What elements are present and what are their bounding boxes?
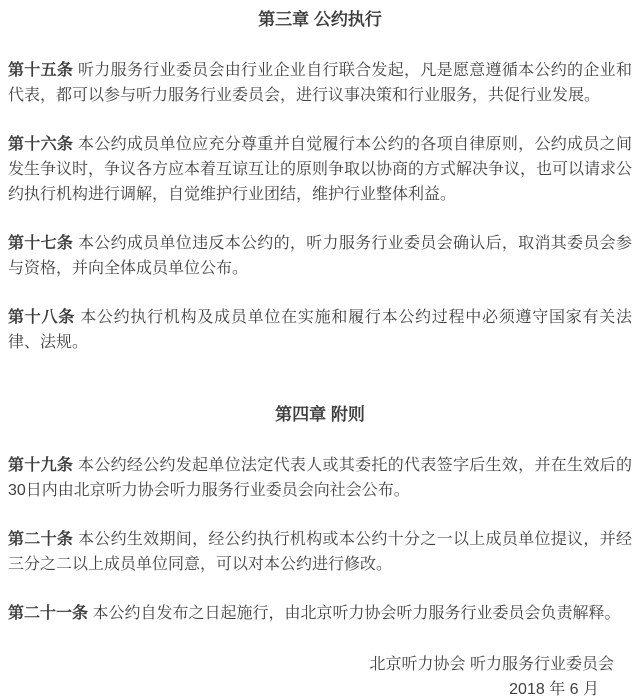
signature-organization: 北京听力协会 听力服务行业委员会 [8, 652, 614, 677]
chapter-3-heading: 第三章 公约执行 [8, 8, 632, 32]
article-15: 第十五条 听力服务行业委员会由行业企业自行联合发起，凡是愿意遵循本公约的企业和代… [8, 58, 632, 108]
document-body: 第三章 公约执行 第十五条 听力服务行业委员会由行业企业自行联合发起，凡是愿意遵… [0, 0, 640, 696]
chapter-4-heading: 第四章 附则 [8, 403, 632, 427]
article-19-text: 本公约经公约发起单位法定代表人或其委托的代表签字后生效，并在生效后的30日内由北… [8, 457, 632, 499]
signature-block: 北京听力协会 听力服务行业委员会 2018 年 6 月 [8, 652, 632, 696]
article-20: 第二十条 本公约生效期间，经公约执行机构或本公约十分之一以上成员单位提议，并经三… [8, 527, 632, 577]
article-19-label: 第十九条 [8, 457, 73, 474]
article-21-text: 本公约自发布之日起施行，由北京听力协会听力服务行业委员会负责解释。 [92, 605, 620, 622]
article-17-label: 第十七条 [8, 235, 73, 252]
article-15-text: 听力服务行业委员会由行业企业自行联合发起，凡是愿意遵循本公约的企业和代表，都可以… [8, 62, 632, 104]
article-19: 第十九条 本公约经公约发起单位法定代表人或其委托的代表签字后生效，并在生效后的3… [8, 453, 632, 503]
article-21-label: 第二十一条 [8, 605, 88, 622]
article-17-text: 本公约成员单位违反本公约的，听力服务行业委员会确认后，取消其委员会参与资格，并向… [8, 235, 632, 277]
article-18-text: 本公约执行机构及成员单位在实施和履行本公约过程中必须遵守国家有关法律、法规。 [8, 309, 632, 351]
article-16-text: 本公约成员单位应充分尊重并自觉履行本公约的各项自律原则，公约成员之间发生争议时，… [8, 136, 632, 203]
article-20-text: 本公约生效期间，经公约执行机构或本公约十分之一以上成员单位提议，并经三分之二以上… [8, 531, 632, 573]
article-17: 第十七条 本公约成员单位违反本公约的，听力服务行业委员会确认后，取消其委员会参与… [8, 231, 632, 281]
article-21: 第二十一条 本公约自发布之日起施行，由北京听力协会听力服务行业委员会负责解释。 [8, 601, 632, 626]
article-18: 第十八条 本公约执行机构及成员单位在实施和履行本公约过程中必须遵守国家有关法律、… [8, 305, 632, 355]
article-18-label: 第十八条 [8, 309, 75, 326]
article-15-label: 第十五条 [8, 62, 73, 79]
article-16-label: 第十六条 [8, 136, 73, 153]
article-20-label: 第二十条 [8, 531, 73, 548]
signature-date: 2018 年 6 月 [8, 677, 614, 696]
article-16: 第十六条 本公约成员单位应充分尊重并自觉履行本公约的各项自律原则，公约成员之间发… [8, 132, 632, 207]
